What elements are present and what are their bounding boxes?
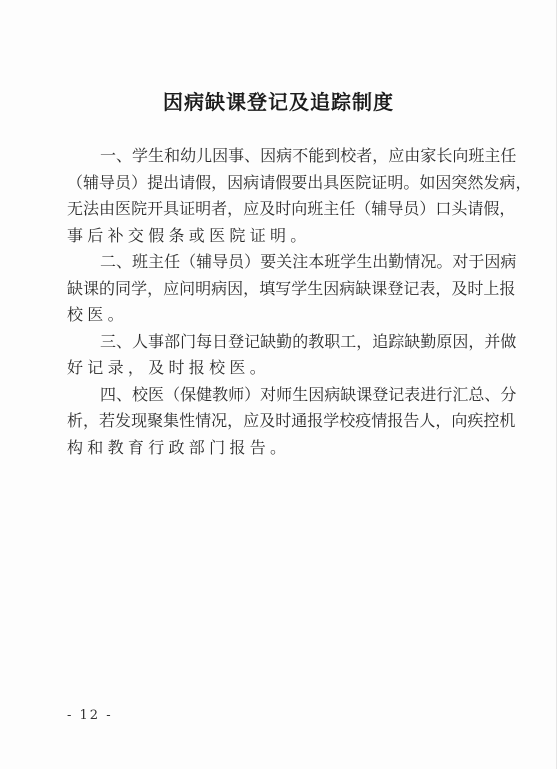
paragraph-1-line-4: 事后补交假条或医院证明。 (67, 223, 483, 250)
paragraph-2-line-2: 缺课的同学，应问明病因，填写学生因病缺课登记表，及时上报 (67, 276, 483, 303)
paragraph-4-line-1: 四、校医（保健教师）对师生因病缺课登记表进行汇总、分 (67, 382, 483, 409)
document-title: 因病缺课登记及追踪制度 (0, 86, 557, 115)
paragraph-2-line-1: 二、班主任（辅导员）要关注本班学生出勤情况。对于因病 (67, 249, 483, 276)
document-page: 因病缺课登记及追踪制度 一、学生和幼儿因事、因病不能到校者，应由家长向班主任 （… (0, 0, 557, 769)
document-body: 一、学生和幼儿因事、因病不能到校者，应由家长向班主任 （辅导员）提出请假，因病请… (67, 143, 483, 461)
paragraph-2-line-3: 校医。 (67, 302, 483, 329)
paragraph-4-line-2: 析，若发现聚集性情况，应及时通报学校疫情报告人，向疾控机 (67, 408, 483, 435)
paragraph-3-line-1: 三、人事部门每日登记缺勤的教职工，追踪缺勤原因，并做 (67, 329, 483, 356)
paragraph-1-line-1: 一、学生和幼儿因事、因病不能到校者，应由家长向班主任 (67, 143, 483, 170)
paragraph-4-line-3: 构和教育行政部门报告。 (67, 435, 483, 462)
page-number: - 12 - (67, 708, 113, 723)
paragraph-3-line-2: 好记录，及时报校医。 (67, 355, 483, 382)
paragraph-1-line-3: 无法由医院开具证明者，应及时向班主任（辅导员）口头请假， (67, 196, 483, 223)
paragraph-1-line-2: （辅导员）提出请假，因病请假要出具医院证明。如因突然发病， (67, 170, 483, 197)
